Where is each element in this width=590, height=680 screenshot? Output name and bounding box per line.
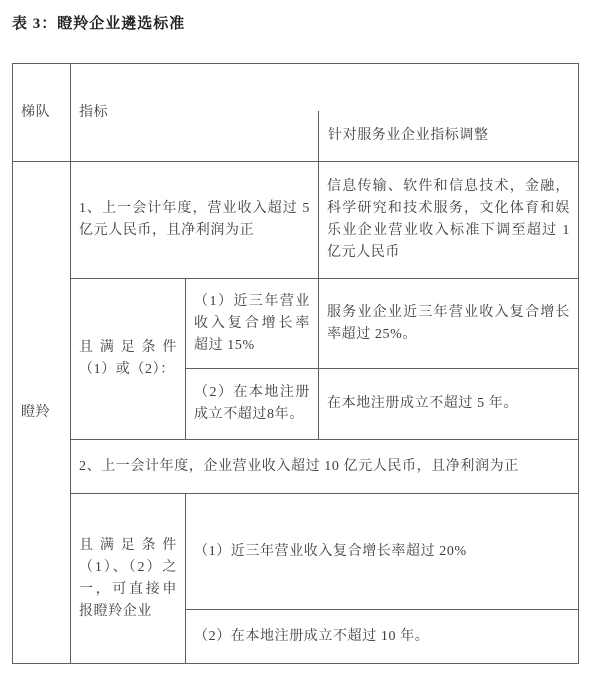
row-condition-1-sub-1: 且满足条件（1）或（2）： （1）近三年营业收入复合增长率超过 15% 服务业企… [13, 279, 579, 369]
row-condition-2-sub-1: 且满足条件（1）、（2）之一，可直接申报瞪羚企业 （1）近三年营业收入复合增长率… [13, 494, 579, 610]
header-service-adjustment-label: 针对服务业企业指标调整 [318, 111, 578, 161]
condition-1-cell: 且满足条件（1）或（2）： [71, 279, 186, 440]
condition-1-sub1-service-cell: 服务业企业近三年营业收入复合增长率超过 25%。 [319, 279, 579, 369]
criteria-1-service-cell: 信息传输、软件和信息技术，金融，科学研究和技术服务，文化体育和娱乐业企业营业收入… [319, 162, 579, 279]
condition-1-sub1-cell: （1）近三年营业收入复合增长率超过 15% [186, 279, 319, 369]
header-row: 梯队 指标 针对服务业企业指标调整 [13, 64, 579, 162]
header-indicator-cell: 指标 针对服务业企业指标调整 [71, 64, 579, 162]
criteria-1-cell: 1、上一会计年度，营业收入超过 5 亿元人民币，且净利润为正 [71, 162, 319, 279]
condition-1-sub2-service-cell: 在本地注册成立不超过 5 年。 [319, 369, 579, 440]
condition-1-sub2-cell: （2）在本地注册成立不超过8年。 [186, 369, 319, 440]
row-criteria-2: 2、上一会计年度，企业营业收入超过 10 亿元人民币，且净利润为正 [13, 440, 579, 494]
header-indicator-label: 指标 [79, 102, 108, 124]
condition-2-cell: 且满足条件（1）、（2）之一，可直接申报瞪羚企业 [71, 494, 186, 664]
gazelle-criteria-table: 梯队 指标 针对服务业企业指标调整 瞪羚 1、上一会计年度，营业收入超过 5 亿… [12, 63, 579, 664]
table-caption: 表 3：瞪羚企业遴选标准 [12, 12, 185, 33]
tier-gazelle-cell: 瞪羚 [13, 162, 71, 664]
row-criteria-1: 瞪羚 1、上一会计年度，营业收入超过 5 亿元人民币，且净利润为正 信息传输、软… [13, 162, 579, 279]
criteria-2-cell: 2、上一会计年度，企业营业收入超过 10 亿元人民币，且净利润为正 [71, 440, 579, 494]
condition-2-sub2-cell: （2）在本地注册成立不超过 10 年。 [186, 610, 579, 664]
condition-2-sub1-cell: （1）近三年营业收入复合增长率超过 20% [186, 494, 579, 610]
header-tier: 梯队 [13, 64, 71, 162]
